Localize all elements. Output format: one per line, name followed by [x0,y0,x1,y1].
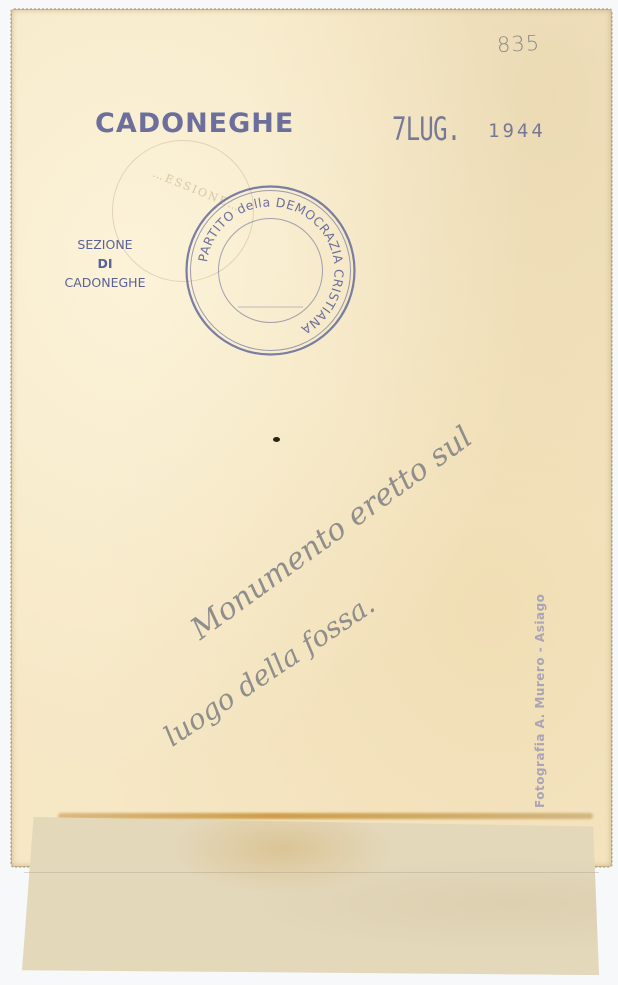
party-seal-stamp: PARTITO della DEMOCRAZIA CRISTIANA [183,183,358,358]
pin-hole [273,437,280,442]
svg-text:PARTITO della DEMOCRAZIA CRIST: PARTITO della DEMOCRAZIA CRISTIANA [195,194,347,337]
date-stamp: 7LUG. 1944 [392,110,483,148]
date-year: 1944 [488,120,546,142]
seal-ring-text: PARTITO della DEMOCRAZIA CRISTIANA [195,194,347,337]
paper-tape-strip [22,817,599,975]
seal-line-1: SEZIONE [50,235,160,254]
seal-center-text: SEZIONE DI CADONEGHE [50,235,160,292]
town-stamp: CADONEGHE [95,108,294,139]
tape-glue-stain [58,813,593,819]
seal-line-2: DI [50,254,160,273]
photographer-stamp: Fotografia A. Murero - Asiago [533,594,547,808]
seal-line-3: CADONEGHE [50,273,160,292]
tape-fold-line [24,872,599,873]
archive-serial-number: 835 [496,31,540,57]
date-day-month: 7LUG. [392,110,460,148]
